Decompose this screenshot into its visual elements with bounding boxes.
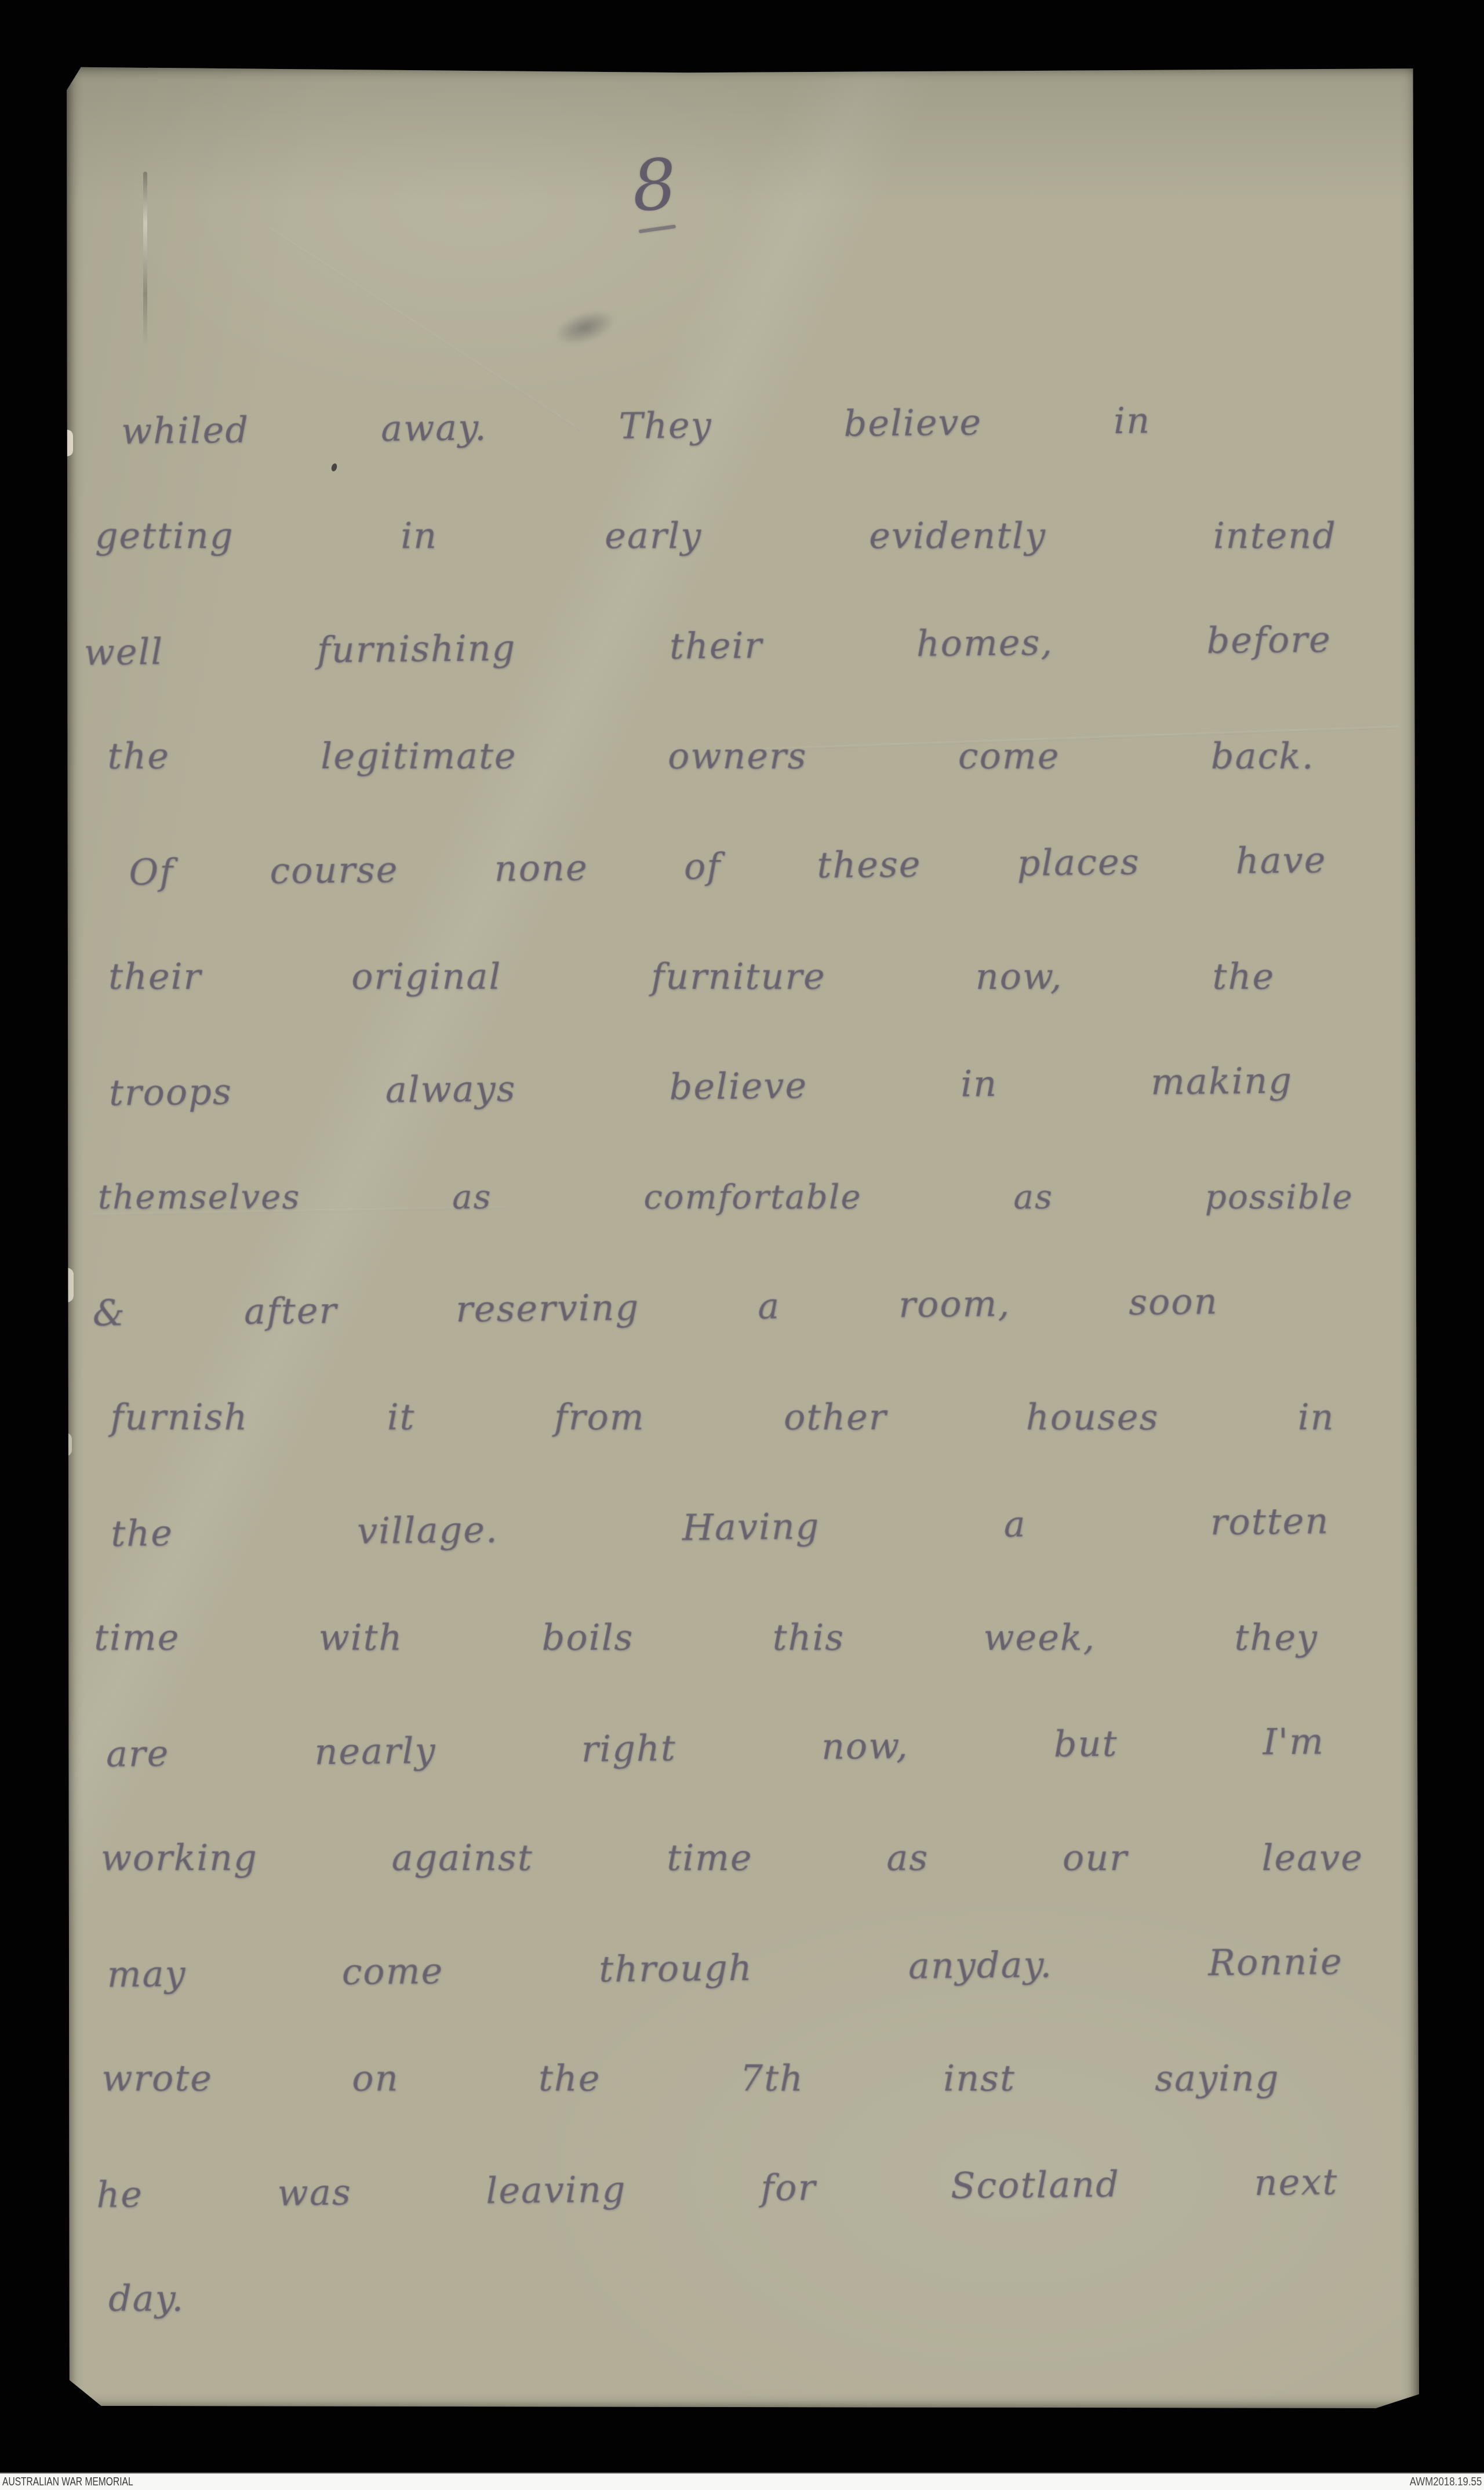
footer-bar: AUSTRALIAN WAR MEMORIAL AWM2018.19.55: [0, 2473, 1484, 2490]
handwriting-line: whiled away. They believe in: [121, 365, 1151, 487]
handwriting-line: troops always believe in making: [108, 1025, 1293, 1148]
handwriting-line: working against time as our leave: [101, 1803, 1363, 1913]
handwriting-line: well furnishing their homes, before: [83, 585, 1332, 708]
handwriting-line: themselves as comfortable as possible: [98, 1142, 1354, 1252]
page-number: 8: [588, 141, 721, 235]
handwriting-line: the legitimate owners come back.: [107, 701, 1314, 811]
handwriting-line: time with boils this week, they: [94, 1582, 1318, 1693]
footer-organisation: AUSTRALIAN WAR MEMORIAL: [2, 2476, 133, 2489]
handwriting-line: wrote on the 7th inst saying: [101, 2023, 1279, 2133]
page-number-text: 8: [630, 144, 679, 228]
handwriting-line: & after reserving a room, soon: [92, 1246, 1219, 1368]
handwriting-line: may come through anyday. Ronnie: [107, 1907, 1344, 2030]
handwriting-lines: whiled away. They believe ingetting in e…: [83, 368, 1366, 2357]
handwriting-line: furnish it from other houses in: [110, 1362, 1334, 1472]
paper-edge-tear: [64, 1433, 72, 1456]
handwriting-line: their original furniture now, the: [108, 921, 1275, 1032]
ink-smudge: [550, 303, 620, 351]
paper-edge-tear: [64, 430, 73, 456]
footer-reference: AWM2018.19.55: [1409, 2476, 1482, 2489]
handwriting-line: getting in early evidently intend: [95, 481, 1337, 591]
scan-stage: 8 whiled away. They believe ingetting in…: [0, 0, 1484, 2490]
handwriting-line: day.: [108, 2244, 1365, 2354]
handwriting-line: Of course none of these places have: [128, 805, 1327, 928]
handwriting-line: he was leaving for Scotland next: [96, 2127, 1338, 2250]
paper-scratch: [143, 172, 147, 346]
paper-edge-tear: [63, 1268, 74, 1302]
handwriting-line: are nearly right now, but I'm: [106, 1686, 1325, 1809]
handwriting-line: the village. Having a rotten: [110, 1466, 1330, 1589]
letter-page: 8 whiled away. They believe ingetting in…: [66, 64, 1419, 2411]
